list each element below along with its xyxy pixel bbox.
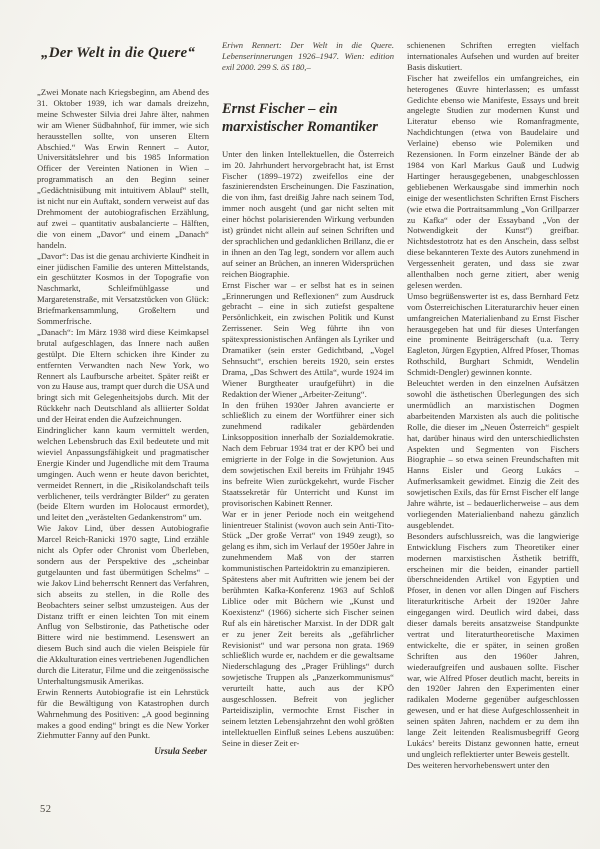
review2-paragraph: Umso begrüßenswerter ist es, dass Bernha… — [407, 291, 579, 378]
review2-paragraph: War er in jener Periode noch ein weitgeh… — [222, 509, 394, 574]
review1-paragraph: „Danach“: Im März 1938 wird diese Keimka… — [37, 327, 209, 425]
review2-paragraph: Besonders aufschlussreich, was die langw… — [407, 531, 579, 760]
review1-paragraph: „Zwei Monate nach Kriegsbeginn, am Abend… — [37, 87, 209, 251]
review2-paragraph: Unter den linken Intellektuellen, die Ös… — [222, 149, 394, 280]
column-3: schienenen Schriften erregten vielfach i… — [407, 40, 579, 830]
page-number: 52 — [40, 804, 52, 815]
review2-title: Ernst Fischer – ein marxistischer Romant… — [222, 100, 394, 137]
review2-paragraph: schienenen Schriften erregten vielfach i… — [407, 40, 579, 73]
review2-paragraph: Ernst Fischer war – er selbst hat es in … — [222, 280, 394, 400]
review2-paragraph: Fischer hat zweifellos ein umfangreiches… — [407, 73, 579, 291]
review1-paragraph: Erwin Rennerts Autobiografie ist ein Leh… — [37, 687, 209, 742]
journal-page: „Der Welt in die Quere“ „Zwei Monate nac… — [0, 0, 600, 849]
review2-paragraph: Des weiteren hervorhebenswert unter den — [407, 760, 579, 771]
three-column-layout: „Der Welt in die Quere“ „Zwei Monate nac… — [37, 40, 579, 830]
review2-paragraph: Beleuchtet werden in den einzelnen Aufsä… — [407, 378, 579, 531]
column-2: Eriwn Rennert: Der Welt in die Quere. Le… — [222, 40, 394, 830]
review1-paragraph: Wie Jakov Lind, über dessen Autobiografi… — [37, 523, 209, 687]
column-1: „Der Welt in die Quere“ „Zwei Monate nac… — [37, 40, 209, 830]
review1-author: Ursula Seeber — [37, 746, 209, 756]
book-reference: Eriwn Rennert: Der Welt in die Quere. Le… — [222, 40, 394, 73]
review2-paragraph: In den frühen 1930er Jahren avancierte e… — [222, 400, 394, 509]
review1-title: „Der Welt in die Quere“ — [41, 44, 209, 62]
review1-paragraph: Eindringlicher kann kaum vermittelt werd… — [37, 425, 209, 523]
review2-paragraph: Spätestens aber mit Auftritten wie jenem… — [222, 574, 394, 749]
review1-paragraph: „Davor“: Das ist die genau archivierte K… — [37, 251, 209, 327]
